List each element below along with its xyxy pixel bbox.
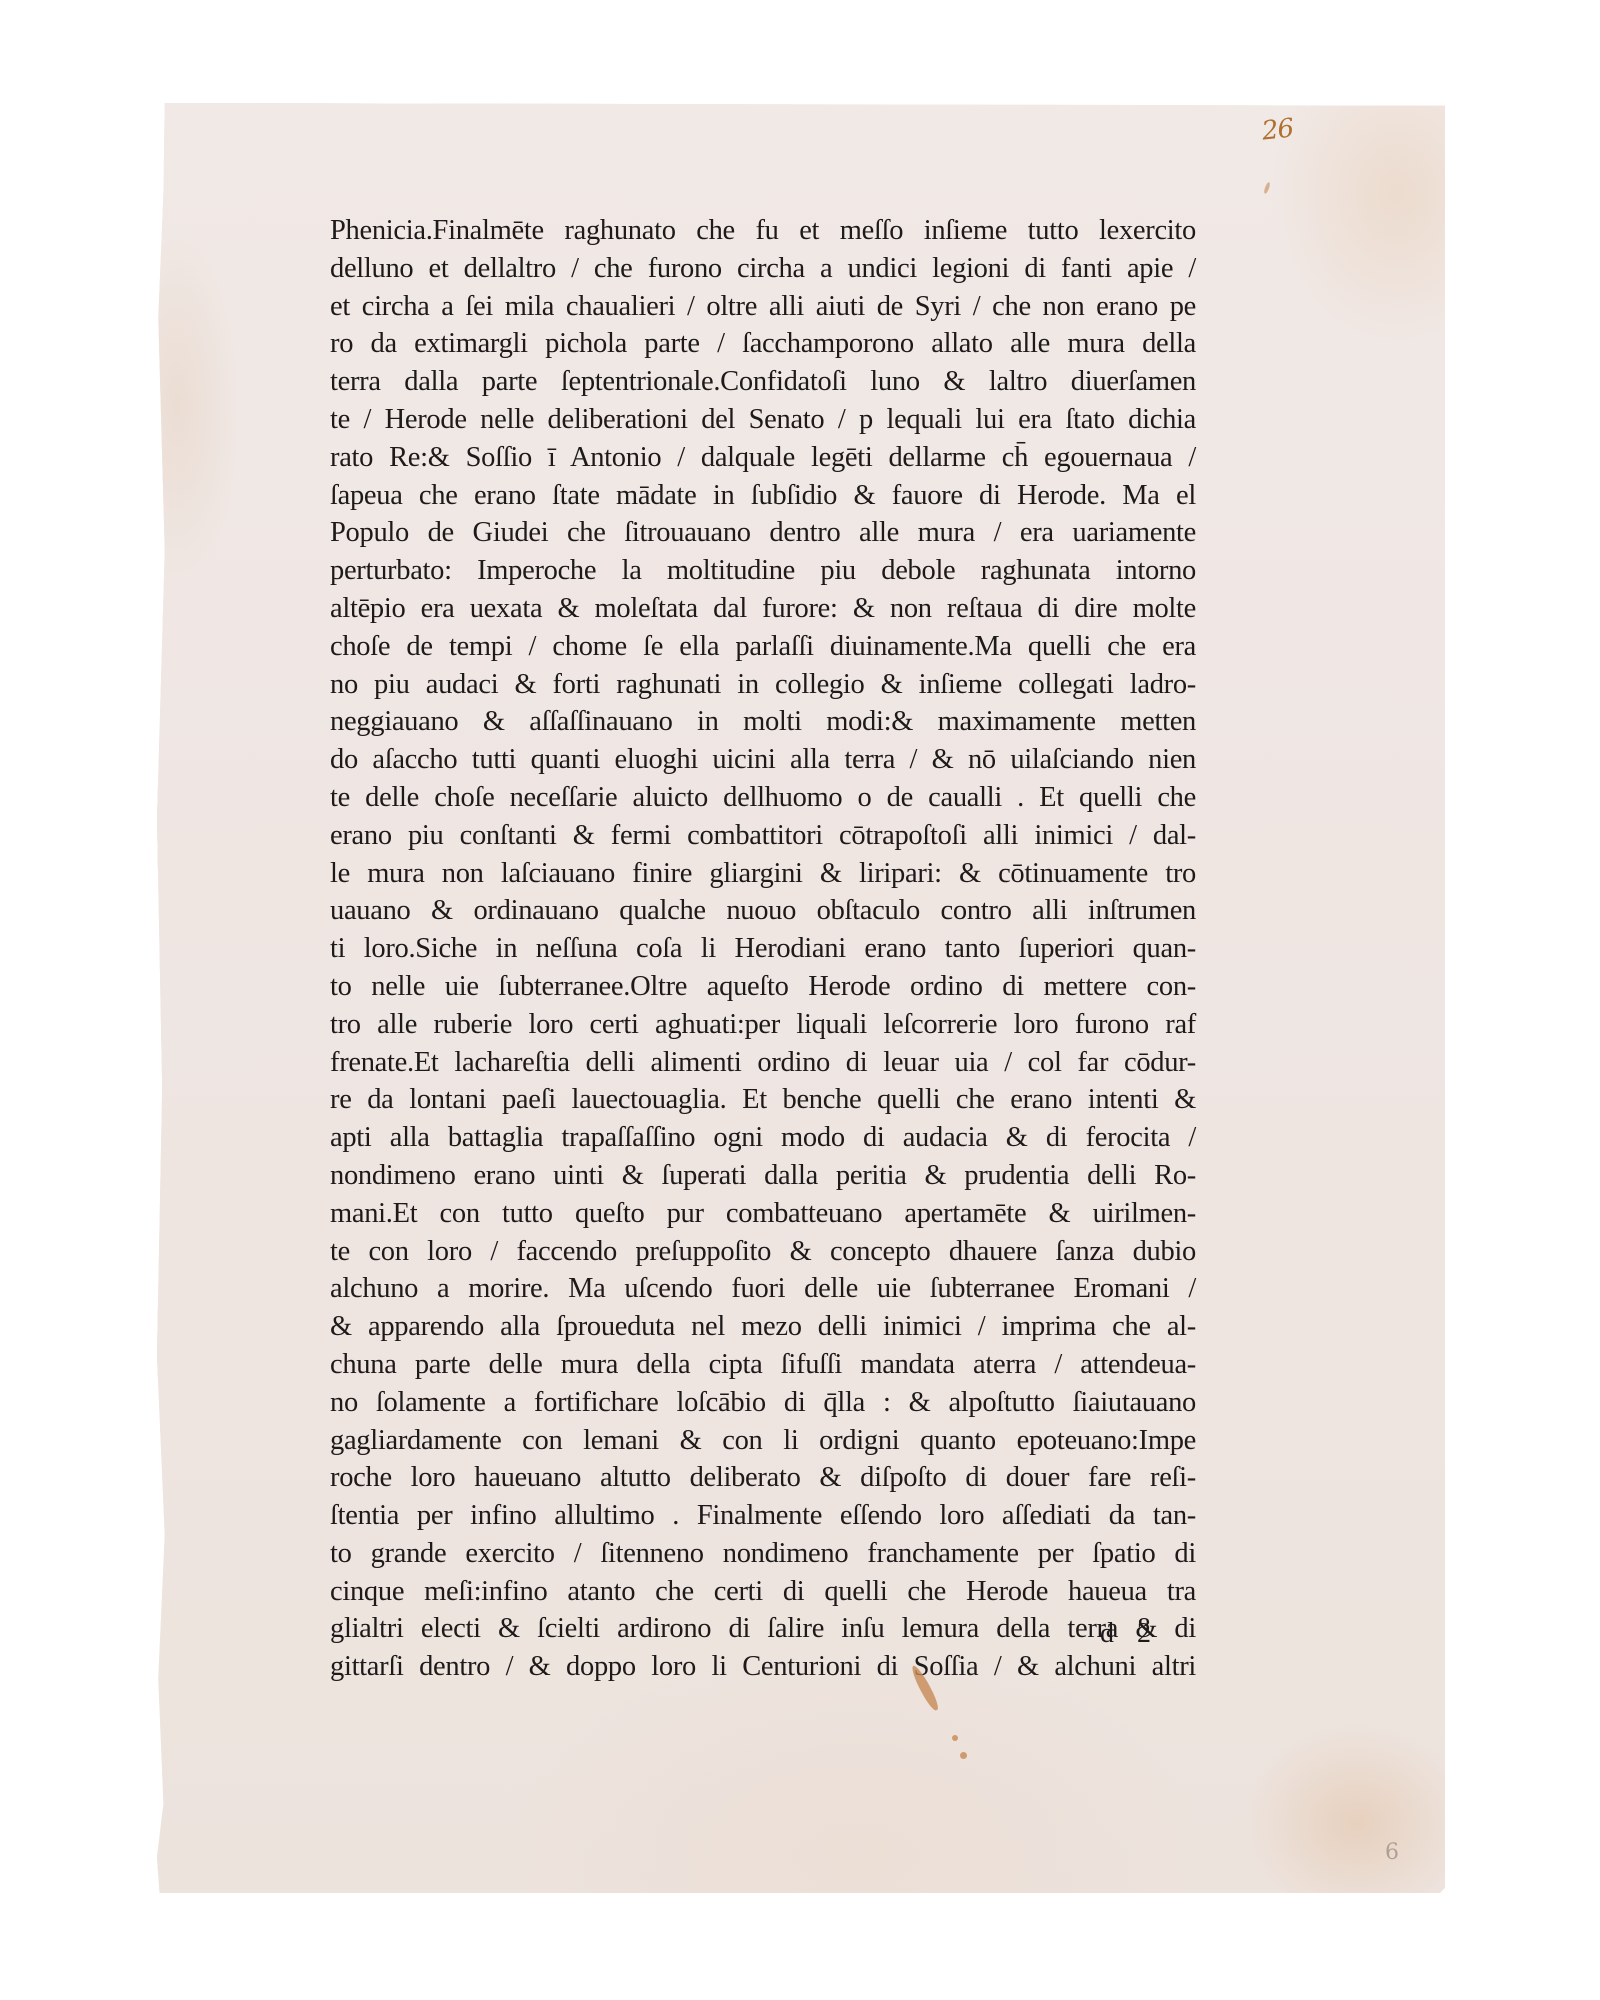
text-line: chuna parte delle mura della cipta ſifuſ… <box>330 1346 1196 1384</box>
faint-corner-mark: 6 <box>1385 1840 1399 1865</box>
handwritten-folio-number: 26 <box>1261 113 1295 146</box>
text-line: & apparendo alla ſproueduta nel mezo del… <box>330 1308 1196 1346</box>
text-line: gittarſi dentro / & doppo loro li Centur… <box>330 1648 1196 1686</box>
text-line: to grande exercito / ſitenneno nondimeno… <box>330 1535 1196 1573</box>
text-line: re da lontani paeſi lauectouaglia. Et be… <box>330 1081 1196 1119</box>
text-line: et circha a ſei mila chaualieri / oltre … <box>330 288 1196 326</box>
text-line: choſe de tempi / chome ſe ella parlaſſi … <box>330 628 1196 666</box>
text-line: Populo de Giudei che ſitrouauano dentro … <box>330 514 1196 552</box>
text-line: le mura non laſciauano finire gliargini … <box>330 855 1196 893</box>
text-line: roche loro haueuano altutto deliberato &… <box>330 1459 1196 1497</box>
text-line: te delle choſe neceſſarie aluicto dellhu… <box>330 779 1196 817</box>
text-line: no piu audaci & forti raghunati in colle… <box>330 666 1196 704</box>
text-line: terra dalla parte ſeptentrionale.Confida… <box>330 363 1196 401</box>
text-line: rato Re:& Soſſio ī Antonio / dalquale le… <box>330 439 1196 477</box>
stain-dot <box>952 1735 958 1741</box>
text-line: ti loro.Siche in neſſuna coſa li Herodia… <box>330 930 1196 968</box>
text-line: ſapeua che erano ſtate mādate in ſubſidi… <box>330 477 1196 515</box>
text-line: do aſaccho tutti quanti eluoghi uicini a… <box>330 741 1196 779</box>
text-line: cinque meſi:infino atanto che certi di q… <box>330 1573 1196 1611</box>
text-line: apti alla battaglia trapaſſaſſino ogni m… <box>330 1119 1196 1157</box>
text-line: to nelle uie ſubterranee.Oltre aqueſto H… <box>330 968 1196 1006</box>
text-line: delluno et dellaltro / che furono circha… <box>330 250 1196 288</box>
text-line: tro alle ruberie loro certi aghuati:per … <box>330 1006 1196 1044</box>
text-line: mani.Et con tutto queſto pur combatteuan… <box>330 1195 1196 1233</box>
text-line: ſtentia per infino allultimo . Finalment… <box>330 1497 1196 1535</box>
text-line: frenate.Et lachareſtia delli alimenti or… <box>330 1044 1196 1082</box>
stain-dot <box>960 1752 967 1759</box>
text-line: gagliardamente con lemani & con li ordig… <box>330 1422 1196 1460</box>
text-line: no ſolamente a fortifichare loſcābio di … <box>330 1384 1196 1422</box>
text-line: altēpio era uexata & moleſtata dal furor… <box>330 590 1196 628</box>
text-line: uauano & ordinauano qualche nuouo obſtac… <box>330 892 1196 930</box>
text-line: ro da extimargli pichola parte / ſaccham… <box>330 325 1196 363</box>
signature-mark: d 2 <box>1100 1618 1159 1650</box>
text-line: te / Herode nelle deliberationi del Sena… <box>330 401 1196 439</box>
text-line: neggiauano & aſſaſſinauano in molti modi… <box>330 703 1196 741</box>
text-line: glialtri electi & ſcielti ardirono di ſa… <box>330 1610 1196 1648</box>
text-line: nondimeno erano uinti & ſuperati dalla p… <box>330 1157 1196 1195</box>
text-line: erano piu conſtanti & fermi combattitori… <box>330 817 1196 855</box>
printed-text-block: Phenicia.Finalmēte raghunato che fu et m… <box>330 212 1196 1686</box>
text-line: Phenicia.Finalmēte raghunato che fu et m… <box>330 212 1196 250</box>
text-line: te con loro / faccendo preſuppoſito & co… <box>330 1233 1196 1271</box>
text-line: perturbato: Imperoche la moltitudine piu… <box>330 552 1196 590</box>
text-line: alchuno a morire. Ma uſcendo fuori delle… <box>330 1270 1196 1308</box>
